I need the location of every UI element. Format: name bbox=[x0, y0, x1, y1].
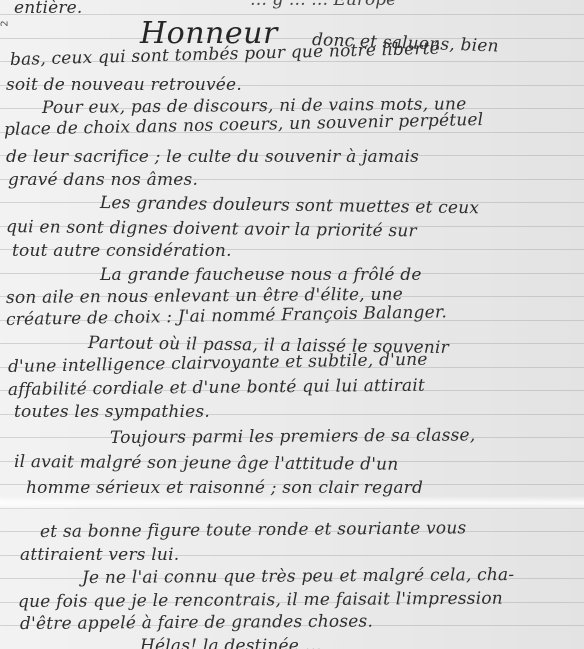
text-line: tout autre considération. bbox=[12, 241, 232, 261]
text-line: Hélas! la destinée … bbox=[140, 636, 322, 649]
paper-fold bbox=[0, 496, 584, 510]
text-line: affabilité cordiale et d'une bonté qui l… bbox=[8, 376, 425, 400]
page-number: 2 bbox=[0, 20, 11, 26]
text-line: bas, ceux qui sont tombés pour que notre… bbox=[10, 39, 440, 70]
text-line: Toujours parmi les premiers de sa classe… bbox=[110, 425, 476, 448]
text-line: qui en sont dignes doivent avoir la prio… bbox=[6, 217, 417, 241]
text-line: d'une intelligence clairvoyante et subti… bbox=[8, 350, 428, 377]
text-line: gravé dans nos âmes. bbox=[8, 170, 198, 190]
text-line: attiraient vers lui. bbox=[20, 545, 179, 565]
text-line: entière. bbox=[14, 0, 83, 18]
text-line: de leur sacrifice ; le culte du souvenir… bbox=[6, 147, 419, 167]
text-line: Les grandes douleurs sont muettes et ceu… bbox=[100, 193, 479, 218]
text-line: et sa bonne figure toute ronde et souria… bbox=[40, 518, 467, 542]
ruled-line bbox=[0, 14, 584, 15]
text-line: homme sérieux et raisonné ; son clair re… bbox=[26, 478, 423, 498]
text-line: d'être appelé à faire de grandes choses. bbox=[20, 612, 373, 634]
text-line: La grande faucheuse nous a frôlé de bbox=[100, 265, 422, 285]
text-line: il avait malgré son jeune âge l'attitude… bbox=[14, 452, 399, 475]
text-line: soit de nouveau retrouvée. bbox=[6, 75, 242, 95]
text-line: toutes les sympathies. bbox=[14, 402, 210, 422]
text-line: que fois que je le rencontrais, il me fa… bbox=[18, 589, 503, 612]
top-fragment-text: … g … … Europe bbox=[250, 0, 396, 10]
scanned-page: … g … … Europe 2 entière. Honneur donc e… bbox=[0, 0, 584, 649]
text-line: Je ne l'ai connu que très peu et malgré … bbox=[82, 565, 514, 588]
